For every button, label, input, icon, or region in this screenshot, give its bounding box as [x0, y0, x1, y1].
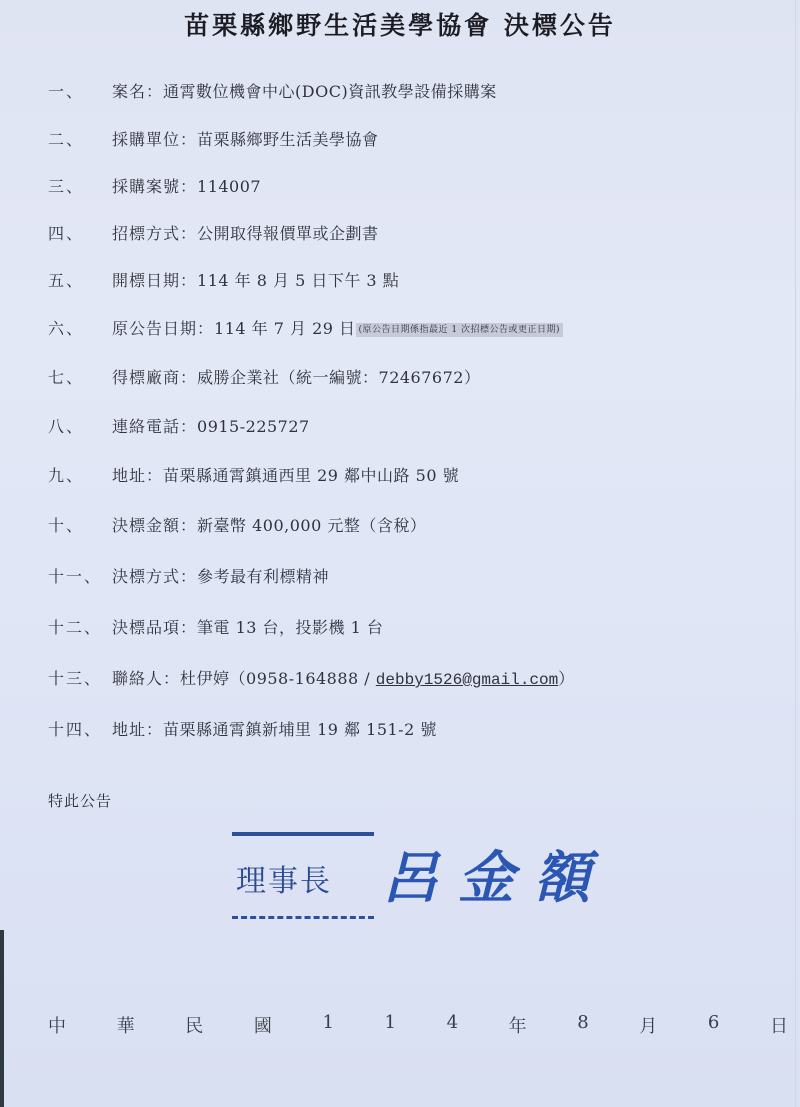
- item-value: 威勝企業社（統一編號：72467672）: [197, 368, 480, 387]
- item-award-items: 十二、決標品項：筆電 13 台，投影機 1 台: [48, 615, 383, 641]
- item-contact-phone: 八、連絡電話：0915-225727: [48, 414, 310, 440]
- item-number: 十三、: [48, 666, 112, 692]
- date-char: 華: [117, 1012, 135, 1038]
- item-number: 三、: [48, 174, 112, 200]
- item-contact-address: 十四、地址：苗栗縣通霄鎮新埔里 19 鄰 151-2 號: [48, 717, 437, 743]
- date-char: 國: [254, 1012, 272, 1038]
- date-char: 4: [447, 1012, 458, 1038]
- item-case-number: 三、採購案號：114007: [48, 174, 261, 200]
- stamp-signature: 呂金額: [382, 834, 610, 914]
- date-char: 6: [708, 1012, 719, 1038]
- item-value: 苗栗縣通霄鎮新埔里 19 鄰 151-2 號: [163, 720, 437, 739]
- item-opening-date: 五、開標日期：114 年 8 月 5 日下午 3 點: [48, 268, 399, 294]
- item-value: 通霄數位機會中心(DOC)資訊教學設備採購案: [163, 82, 497, 101]
- item-value: 苗栗縣通霄鎮通西里 29 鄰中山路 50 號: [163, 466, 459, 485]
- item-number: 十四、: [48, 717, 112, 743]
- chairman-stamp: 理事長 呂金額: [232, 828, 632, 918]
- item-number: 四、: [48, 221, 112, 247]
- item-value: 公開取得報價單或企劃書: [197, 224, 379, 243]
- item-value: 新臺幣 400,000 元整（含稅）: [197, 516, 426, 535]
- closing-text: 特此公告: [48, 790, 112, 811]
- item-number: 六、: [48, 316, 112, 342]
- item-label: 聯絡人：: [112, 669, 180, 688]
- item-label: 決標金額：: [112, 516, 197, 535]
- date-char: 日: [770, 1012, 788, 1038]
- item-label: 連絡電話：: [112, 417, 197, 436]
- stamp-title: 理事長: [236, 856, 332, 900]
- paper-edge-right: [795, 0, 796, 1107]
- item-original-announcement-date: 六、原公告日期：114 年 7 月 29 日(原公告日期係指最近 1 次招標公告…: [48, 316, 563, 342]
- date-char: 年: [509, 1012, 527, 1038]
- date-char: 8: [577, 1012, 588, 1038]
- item-number: 九、: [48, 463, 112, 489]
- item-value: 苗栗縣鄉野生活美學協會: [197, 130, 379, 149]
- item-value-prefix: 杜伊婷（0958-164888 /: [180, 669, 376, 688]
- item-number: 七、: [48, 365, 112, 391]
- item-winning-vendor: 七、得標廠商：威勝企業社（統一編號：72467672）: [48, 365, 480, 391]
- item-number: 二、: [48, 127, 112, 153]
- item-label: 地址：: [112, 720, 163, 739]
- date-char: 1: [385, 1012, 396, 1038]
- item-number: 一、: [48, 79, 112, 105]
- item-label: 決標方式：: [112, 567, 197, 586]
- date-char: 月: [639, 1012, 657, 1038]
- date-char: 民: [185, 1012, 203, 1038]
- item-value: 114 年 8 月 5 日下午 3 點: [197, 271, 399, 290]
- item-value: 筆電 13 台，投影機 1 台: [197, 618, 383, 637]
- item-number: 十一、: [48, 564, 112, 590]
- document-title: 苗栗縣鄉野生活美學協會 決標公告: [0, 6, 800, 42]
- item-procuring-unit: 二、採購單位：苗栗縣鄉野生活美學協會: [48, 127, 379, 153]
- item-case-name: 一、案名：通霄數位機會中心(DOC)資訊教學設備採購案: [48, 79, 497, 105]
- item-label: 案名：: [112, 82, 163, 101]
- item-value: 114 年 7 月 29 日: [214, 319, 356, 338]
- item-number: 八、: [48, 414, 112, 440]
- item-number: 十、: [48, 513, 112, 539]
- item-value: 0915-225727: [197, 417, 310, 436]
- item-value: 參考最有利標精神: [197, 567, 329, 586]
- item-number: 五、: [48, 268, 112, 294]
- item-value-suffix: ）: [558, 669, 575, 688]
- photo-edge-left: [0, 930, 4, 1107]
- item-tender-method: 四、招標方式：公開取得報價單或企劃書: [48, 221, 379, 247]
- item-number: 十二、: [48, 615, 112, 641]
- item-value: 114007: [197, 177, 261, 196]
- date-char: 中: [48, 1012, 66, 1038]
- date-note: (原公告日期係指最近 1 次招標公告或更正日期): [356, 323, 563, 337]
- item-award-method: 十一、決標方式：參考最有利標精神: [48, 564, 329, 590]
- date-char: 1: [322, 1012, 333, 1038]
- item-award-amount: 十、決標金額：新臺幣 400,000 元整（含稅）: [48, 513, 426, 539]
- item-vendor-address: 九、地址：苗栗縣通霄鎮通西里 29 鄰中山路 50 號: [48, 463, 459, 489]
- item-label: 決標品項：: [112, 618, 197, 637]
- date-row: 中 華 民 國 1 1 4 年 8 月 6 日: [48, 1012, 788, 1038]
- item-label: 原公告日期：: [112, 319, 214, 338]
- item-contact-person: 十三、聯絡人：杜伊婷（0958-164888 / debby1526@gmail…: [48, 666, 575, 692]
- item-label: 招標方式：: [112, 224, 197, 243]
- item-label: 採購單位：: [112, 130, 197, 149]
- item-label: 採購案號：: [112, 177, 197, 196]
- email-link[interactable]: debby1526@gmail.com: [376, 671, 558, 689]
- item-label: 得標廠商：: [112, 368, 197, 387]
- item-label: 開標日期：: [112, 271, 197, 290]
- item-label: 地址：: [112, 466, 163, 485]
